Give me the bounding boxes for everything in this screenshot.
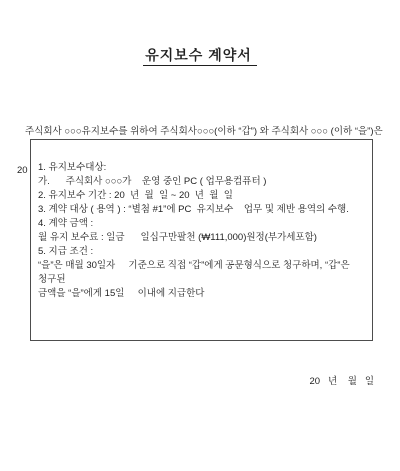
term-contract-amount-heading: 4. 계약 금액 :: [38, 217, 366, 231]
document-title-row: 유지보수 계약서: [0, 45, 400, 65]
term-payment-condition-line-1: “을”은 매월 30일자 기준으로 직접 “갑”에게 공문형식으로 청구하며, …: [38, 259, 366, 287]
document-title: 유지보수 계약서: [143, 47, 257, 66]
contract-date-line: 20 년 월 일: [310, 373, 375, 387]
intro-line-1: 주식회사 ○○○유지보수를 위하여 주식회사○○○(이하 “갑”) 와 주식회사…: [17, 125, 389, 138]
contract-document-page: 유지보수 계약서 주식회사 ○○○유지보수를 위하여 주식회사○○○(이하 “갑…: [0, 0, 400, 471]
term-payment-condition-heading: 5. 지급 조건 :: [38, 245, 366, 259]
term-monthly-fee: 월 유지 보수료 : 일금 일십구만팔천 (₩111,000)원정(부가세포함): [38, 231, 366, 245]
contract-terms-content: 1. 유지보수대상: 가. 주식회사 ○○○가 운영 중인 PC ( 업무용컴퓨…: [31, 140, 372, 301]
term-payment-condition-line-2: 금액을 “을”에게 15일 이내에 지급한다: [38, 287, 366, 301]
term-maintenance-period: 2. 유지보수 기간 : 20 년 월 일 ~ 20 년 월 일: [38, 189, 366, 203]
term-maintenance-target-heading: 1. 유지보수대상:: [38, 161, 366, 175]
term-contract-scope: 3. 계약 대상 ( 용역 ) : “별첨 #1”에 PC 유지보수 업무 및 …: [38, 203, 366, 217]
term-maintenance-target-item: 가. 주식회사 ○○○가 운영 중인 PC ( 업무용컴퓨터 ): [38, 175, 366, 189]
contract-terms-box: 1. 유지보수대상: 가. 주식회사 ○○○가 운영 중인 PC ( 업무용컴퓨…: [30, 139, 373, 341]
